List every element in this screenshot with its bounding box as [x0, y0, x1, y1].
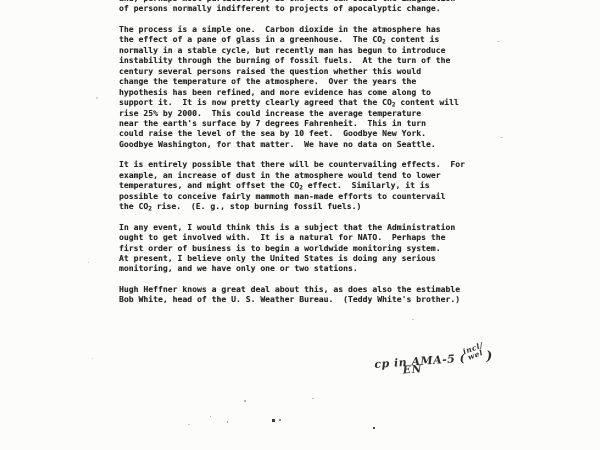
memo-paragraph-greenhouse-process: The process is a simple one. Carbon diox… — [119, 24, 519, 149]
scan-speck — [497, 41, 500, 42]
scan-speck — [227, 421, 228, 423]
scan-speck — [412, 319, 414, 320]
handwriting-stacked-words: incl/wel — [462, 342, 486, 361]
scan-speck — [96, 97, 98, 99]
memo-paragraph-administration-nato: In any event, I would think this is a su… — [119, 222, 519, 274]
memo-paragraph-countervailing-effects: It is entirely possible that there will … — [119, 159, 519, 211]
scan-speck — [272, 419, 275, 422]
scan-speck — [244, 400, 246, 402]
handwriting-main-line: cp in AMA-5 (incl/wel) — [374, 347, 494, 372]
memo-paragraph-contacts: Hugh Heffner knows a great deal about th… — [119, 284, 519, 305]
scan-speck — [312, 398, 314, 399]
memo-paragraph-intro-fragment: and, perhaps most particularly, is one t… — [119, 0, 519, 14]
scan-speck — [88, 262, 89, 263]
scan-speck — [188, 424, 190, 425]
scan-speck — [279, 419, 281, 421]
scan-speck — [210, 416, 211, 417]
scan-speck — [373, 427, 375, 429]
scan-speck — [500, 137, 503, 138]
handwritten-annotation: cp in AMA-5 (incl/wel) EN — [373, 343, 504, 371]
handwriting-close-paren: ) — [486, 348, 494, 363]
memo-page: and, perhaps most particularly, is one t… — [0, 0, 600, 450]
handwriting-en-mark: EN — [402, 363, 422, 376]
scan-speck — [92, 358, 93, 359]
memo-body: and, perhaps most particularly, is one t… — [119, 0, 519, 315]
